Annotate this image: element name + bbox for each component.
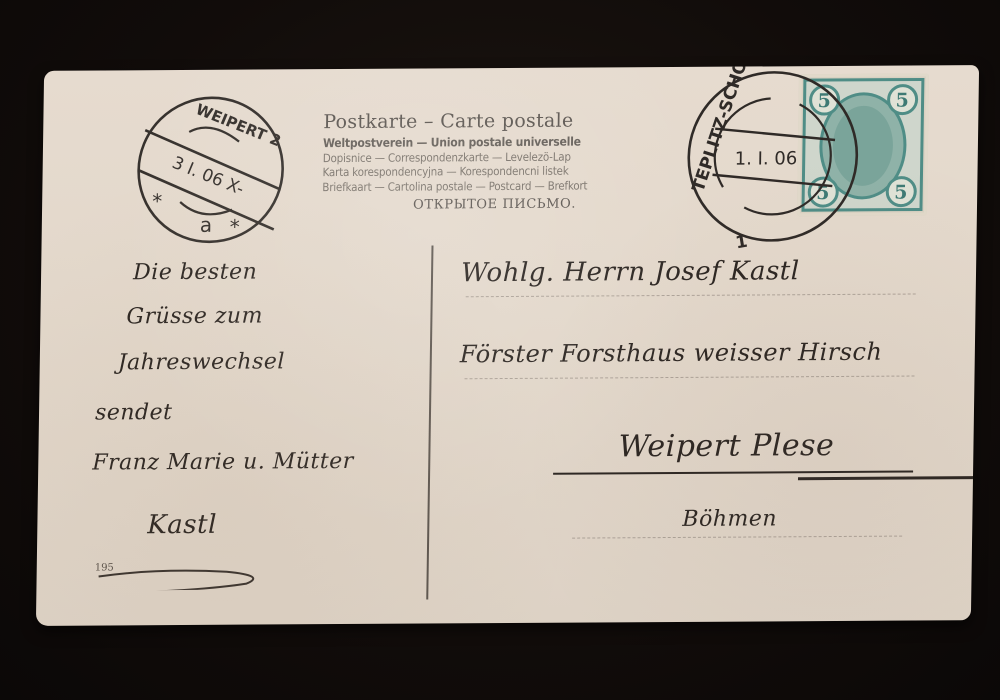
address-rule-4 xyxy=(572,536,902,539)
printed-header: Postkarte – Carte postale Weltpostverein… xyxy=(322,109,669,213)
svg-text:*: * xyxy=(152,189,162,213)
address-line-1: Wohlg. Herrn Josef Kastl xyxy=(461,256,800,288)
svg-text:5: 5 xyxy=(894,182,908,204)
message-signature: Kastl xyxy=(147,510,217,540)
address-line-3: Weipert Plese xyxy=(618,428,834,464)
svg-text:5: 5 xyxy=(895,90,909,112)
header-title: Postkarte – Carte postale xyxy=(323,109,668,133)
address-rule-1 xyxy=(466,294,916,298)
svg-text:1. I. 06: 1. I. 06 xyxy=(735,148,798,169)
message-line-3: Jahreswechsel xyxy=(118,349,285,375)
postcard: WEIPERT 2 3 I. 06 X- * a * Postkarte – C… xyxy=(36,65,979,626)
address-underline-1 xyxy=(553,471,913,475)
svg-text:WEIPERT 2: WEIPERT 2 xyxy=(193,100,283,150)
teplitz-postmark: 1. I. 06 TEPLITZ-SCHONAU 1 xyxy=(673,70,876,261)
svg-text:1: 1 xyxy=(734,232,749,254)
svg-text:3 I. 06 X-: 3 I. 06 X- xyxy=(169,153,247,200)
address-line-4: Böhmen xyxy=(682,506,777,532)
message-line-5: Franz Marie u. Mütter xyxy=(92,449,354,476)
message-line-4: sendet xyxy=(95,400,173,425)
address-underline-2 xyxy=(798,476,973,480)
header-russian: ОТКРЫТОЕ ПИСЬМО. xyxy=(322,196,667,213)
message-line-1: Die besten xyxy=(133,260,257,286)
center-divider xyxy=(426,245,433,599)
header-line-4: Briefkaart — Cartolina postale — Postcar… xyxy=(322,178,667,195)
message-line-2: Grüsse zum xyxy=(126,303,263,329)
weipert-postmark: WEIPERT 2 3 I. 06 X- * a * xyxy=(129,89,291,250)
address-line-2: Förster Forsthaus weisser Hirsch xyxy=(460,338,883,369)
signature-flourish xyxy=(96,539,297,590)
address-rule-2 xyxy=(465,376,915,380)
svg-text:*: * xyxy=(230,215,240,239)
svg-text:a: a xyxy=(200,213,213,237)
